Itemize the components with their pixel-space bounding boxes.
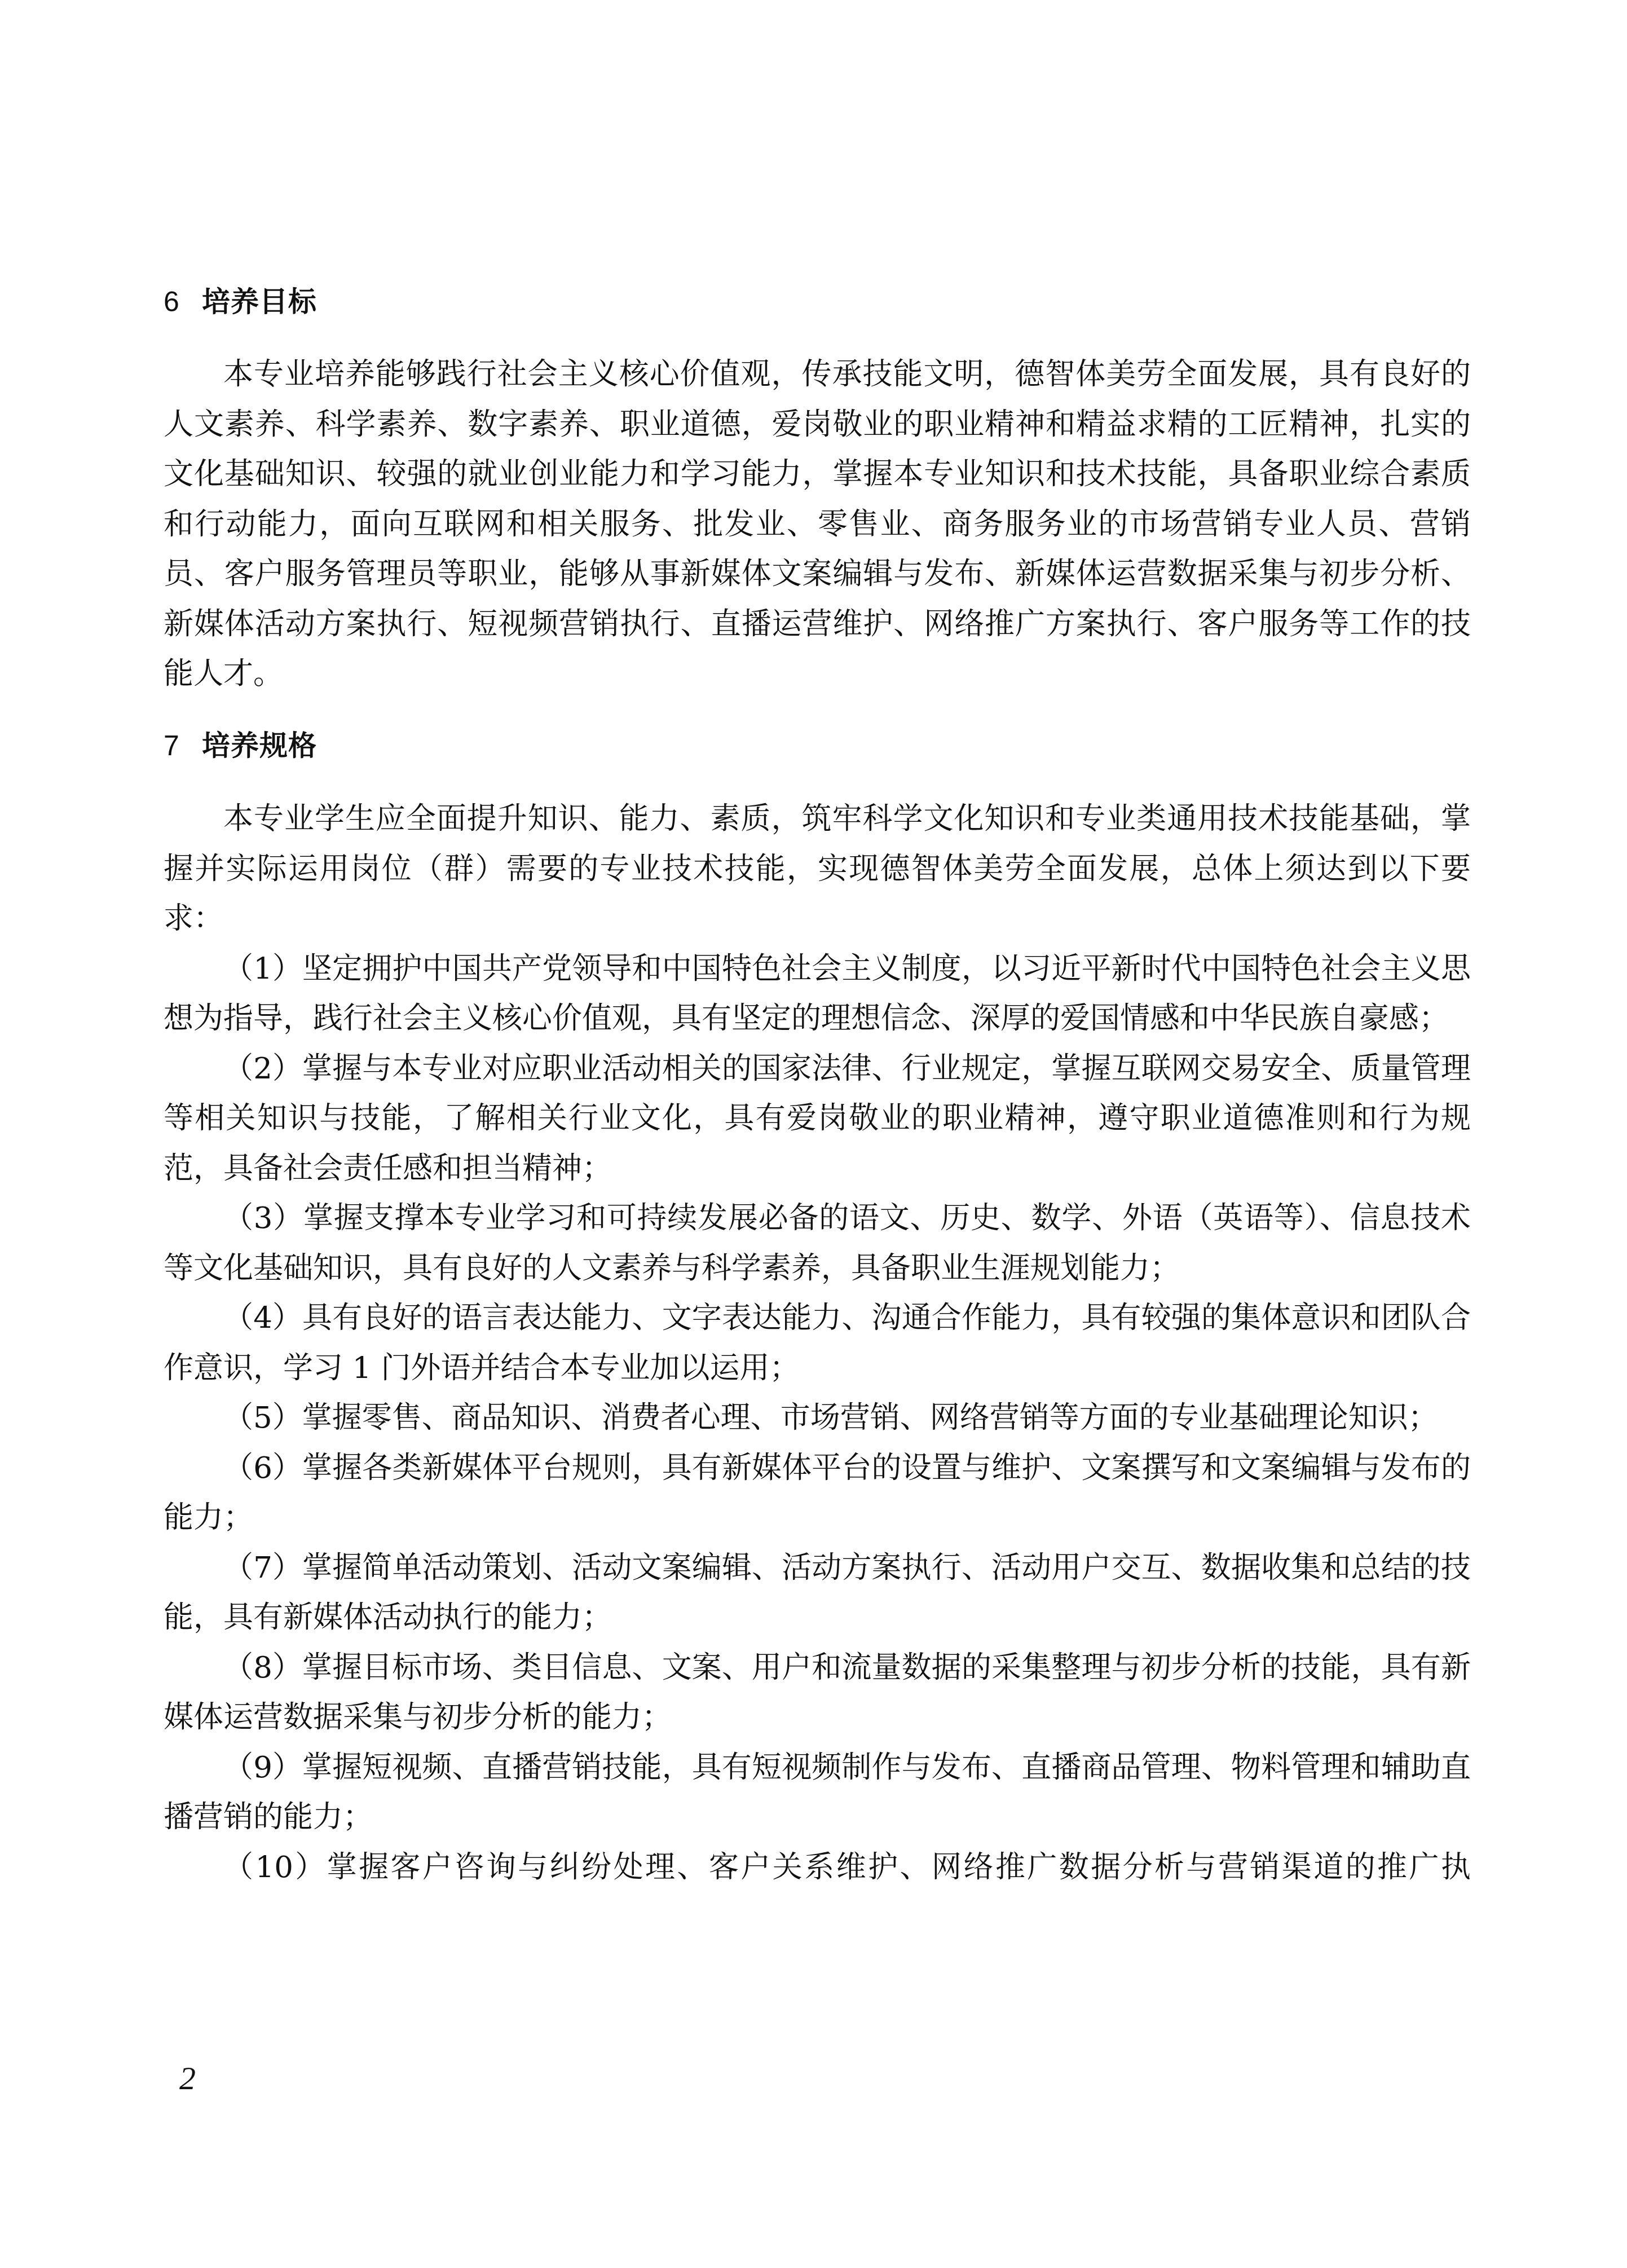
section-heading-training-specs: 7培养规格 — [164, 729, 317, 763]
section-title: 培养规格 — [202, 729, 317, 762]
requirement-item-6: （6）掌握各类新媒体平台规则，具有新媒体平台的设置与维护、文案撰写和文案编辑与发… — [164, 1443, 1471, 1543]
requirement-item-4: （4）具有良好的语言表达能力、文字表达能力、沟通合作能力，具有较强的集体意识和团… — [164, 1293, 1471, 1393]
requirement-item-7: （7）掌握简单活动策划、活动文案编辑、活动方案执行、活动用户交互、数据收集和总结… — [164, 1543, 1471, 1643]
page-number: 2 — [179, 2059, 196, 2098]
paragraph-intro: 本专业学生应全面提升知识、能力、素质，筑牢科学文化知识和专业类通用技术技能基础，… — [164, 794, 1471, 944]
section-body-training-specs: 本专业学生应全面提升知识、能力、素质，筑牢科学文化知识和专业类通用技术技能基础，… — [164, 794, 1471, 1892]
paragraph: 本专业培养能够践行社会主义核心价值观，传承技能文明，德智体美劳全面发展，具有良好… — [164, 350, 1471, 699]
requirement-item-2: （2）掌握与本专业对应职业活动相关的国家法律、行业规定，掌握互联网交易安全、质量… — [164, 1044, 1471, 1194]
section-title: 培养目标 — [202, 285, 317, 318]
section-heading-training-goals: 6培养目标 — [164, 285, 317, 319]
section-body-training-goals: 本专业培养能够践行社会主义核心价值观，传承技能文明，德智体美劳全面发展，具有良好… — [164, 350, 1471, 699]
section-number: 7 — [164, 729, 202, 763]
requirement-item-1: （1）坚定拥护中国共产党领导和中国特色社会主义制度，以习近平新时代中国特色社会主… — [164, 944, 1471, 1044]
requirement-item-9: （9）掌握短视频、直播营销技能，具有短视频制作与发布、直播商品管理、物料管理和辅… — [164, 1743, 1471, 1843]
requirement-item-8: （8）掌握目标市场、类目信息、文案、用户和流量数据的采集整理与初步分析的技能，具… — [164, 1643, 1471, 1743]
requirement-item-3: （3）掌握支撑本专业学习和可持续发展必备的语文、历史、数学、外语（英语等）、信息… — [164, 1194, 1471, 1293]
requirement-item-5: （5）掌握零售、商品知识、消费者心理、市场营销、网络营销等方面的专业基础理论知识… — [164, 1393, 1471, 1443]
section-number: 6 — [164, 285, 202, 319]
requirement-item-10: （10）掌握客户咨询与纠纷处理、客户关系维护、网络推广数据分析与营销渠道的推广执 — [164, 1843, 1471, 1893]
